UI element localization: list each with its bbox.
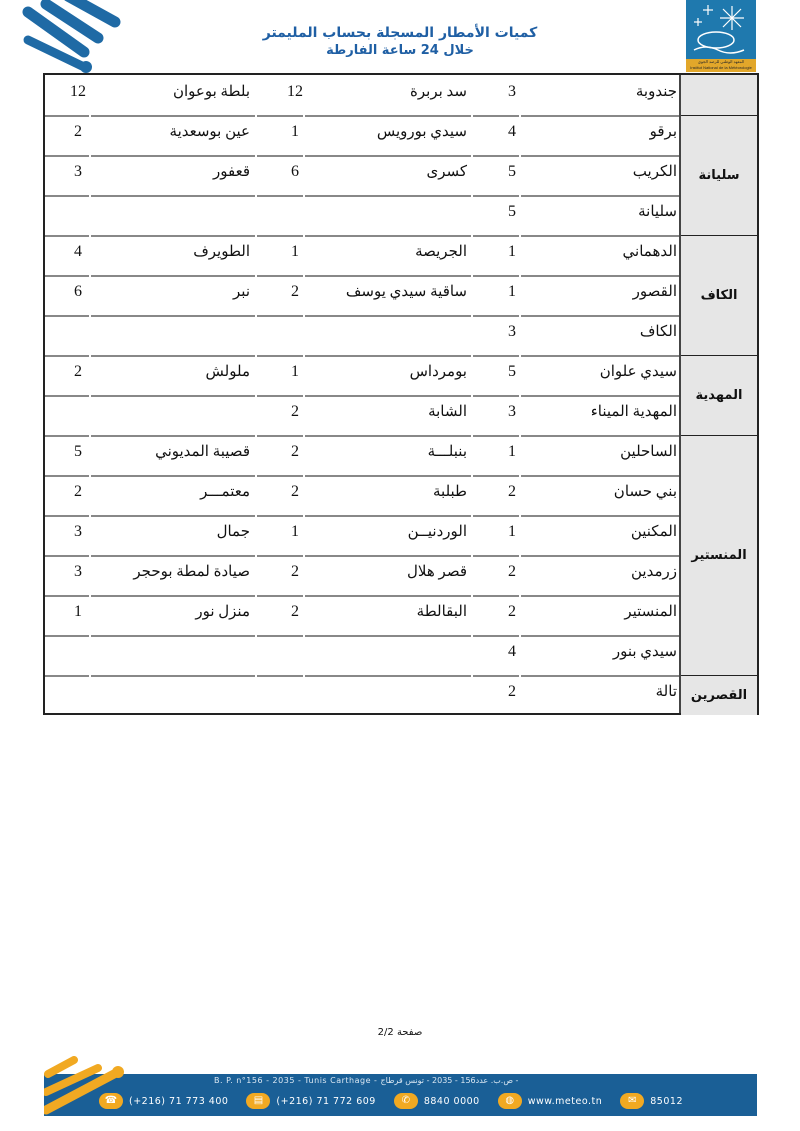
- rain-value: 5: [482, 361, 542, 383]
- region-cell: سليانة: [681, 115, 757, 235]
- station-name: بني حسان: [519, 481, 681, 503]
- contact-item: ✉85012: [620, 1093, 683, 1109]
- rain-value: 1: [265, 121, 325, 143]
- rain-value: [47, 681, 109, 703]
- station-name: برقو: [519, 121, 681, 143]
- station-name: [90, 681, 254, 703]
- contact-text: 85012: [650, 1096, 683, 1107]
- region-cell: الكاف: [681, 235, 757, 355]
- contact-item: ◍www.meteo.tn: [498, 1093, 603, 1109]
- rain-value: [265, 201, 325, 223]
- station-name: طبلبة: [307, 481, 471, 503]
- rain-value: [47, 641, 109, 663]
- table-row: الساحلين1بنبلـــة2قصيبة المديوني5: [45, 435, 757, 475]
- rain-value: 3: [47, 161, 109, 183]
- rain-value: 3: [47, 561, 109, 583]
- header-stripes-decoration: [20, 0, 140, 75]
- table-row: سليانة5: [45, 195, 757, 235]
- rain-value: 1: [265, 521, 325, 543]
- globe-icon: ◍: [498, 1093, 522, 1109]
- rain-value: 6: [47, 281, 109, 303]
- table-row: زرمدين2قصر هلال2صيادة لمطة بوحجر3: [45, 555, 757, 595]
- postal-address: B. P. n°156 - 2035 - Tunis Carthage - ص.…: [214, 1076, 734, 1085]
- station-name: نبر: [90, 281, 254, 303]
- contact-item: ☎(+216) 71 773 400: [99, 1093, 228, 1109]
- station-name: عين بوسعدية: [90, 121, 254, 143]
- table-row: بني حسان2طبلبة2معتمـــر2: [45, 475, 757, 515]
- title-line-2: خلال 24 ساعة الفارطة: [200, 42, 600, 59]
- rain-value: 3: [482, 321, 542, 343]
- station-name: زرمدين: [519, 561, 681, 583]
- phone-icon: ☎: [99, 1093, 123, 1109]
- table-row: الدهماني1الجريصة1الطويرف4: [45, 235, 757, 275]
- table-row: القصور1ساقية سيدي يوسف2نبر6: [45, 275, 757, 315]
- table-row: جندوبة3سد بربرة12بلطة بوعوان12: [45, 75, 757, 115]
- table-row: المنستير2البقالطة2منزل نور1: [45, 595, 757, 635]
- station-name: قعفور: [90, 161, 254, 183]
- station-name: صيادة لمطة بوحجر: [90, 561, 254, 583]
- rain-value: [47, 201, 109, 223]
- station-name: سد بربرة: [307, 81, 471, 103]
- rain-value: 3: [482, 401, 542, 423]
- table-row: المهدية الميناء3الشابة2: [45, 395, 757, 435]
- contact-item: ▤(+216) 71 772 609: [246, 1093, 375, 1109]
- logo-caption-band: المعهد الوطني للرصد الجوي Institut Natio…: [686, 59, 756, 72]
- rain-value: [47, 321, 109, 343]
- station-name: [90, 201, 254, 223]
- station-name: الساحلين: [519, 441, 681, 463]
- station-name: تالة: [519, 681, 681, 703]
- weather-emblem-icon: [686, 0, 756, 58]
- station-name: الشابة: [307, 401, 471, 423]
- station-name: الدهماني: [519, 241, 681, 263]
- station-name: [90, 641, 254, 663]
- station-name: [307, 321, 471, 343]
- station-name: الطويرف: [90, 241, 254, 263]
- rain-value: 2: [482, 681, 542, 703]
- contact-text: (+216) 71 772 609: [276, 1096, 375, 1107]
- rain-value: 6: [265, 161, 325, 183]
- station-name: بنبلـــة: [307, 441, 471, 463]
- region-cell: [681, 75, 757, 115]
- region-cell: المهدية: [681, 355, 757, 435]
- rain-value: 4: [482, 121, 542, 143]
- station-name: الكاف: [519, 321, 681, 343]
- rain-value: 2: [265, 281, 325, 303]
- logo-caption-french: Institut National de la Météorologie: [686, 65, 756, 71]
- station-name: كسرى: [307, 161, 471, 183]
- rain-value: 5: [482, 201, 542, 223]
- rain-value: 4: [47, 241, 109, 263]
- station-name: المهدية الميناء: [519, 401, 681, 423]
- sms-icon: ✉: [620, 1093, 644, 1109]
- rain-value: 1: [47, 601, 109, 623]
- station-name: ملولش: [90, 361, 254, 383]
- contact-list: ☎(+216) 71 773 400▤(+216) 71 772 609✆884…: [99, 1090, 701, 1112]
- station-name: [307, 201, 471, 223]
- rain-value: 3: [47, 521, 109, 543]
- table-row: المكنين1الوردنيــن1جمال3: [45, 515, 757, 555]
- rain-value: 1: [482, 441, 542, 463]
- station-name: [90, 401, 254, 423]
- station-name: جمال: [90, 521, 254, 543]
- region-cell: القصرين: [681, 675, 757, 715]
- page-title: كميات الأمطار المسجلة بحساب المليمتر خلا…: [200, 24, 600, 59]
- table-row: برقو4سيدي بورويس1عين بوسعدية2: [45, 115, 757, 155]
- rain-value: 1: [265, 241, 325, 263]
- rain-value: 1: [265, 361, 325, 383]
- page-number: صفحة 2/2: [300, 1027, 500, 1038]
- table-row: تالة2: [45, 675, 757, 715]
- rainfall-table: جندوبة3سد بربرة12بلطة بوعوان12برقو4سيدي …: [43, 73, 759, 715]
- rain-value: 2: [47, 361, 109, 383]
- fax-icon: ▤: [246, 1093, 270, 1109]
- rain-value: 2: [265, 561, 325, 583]
- station-name: المنستير: [519, 601, 681, 623]
- rain-value: [265, 641, 325, 663]
- rain-value: 2: [47, 481, 109, 503]
- station-name: سيدي بورويس: [307, 121, 471, 143]
- contact-item: ✆8840 0000: [394, 1093, 480, 1109]
- station-name: منزل نور: [90, 601, 254, 623]
- rain-value: 1: [482, 241, 542, 263]
- rain-value: 2: [47, 121, 109, 143]
- table-row: الكريب5كسرى6قعفور3: [45, 155, 757, 195]
- rain-value: 12: [47, 81, 109, 103]
- station-name: سليانة: [519, 201, 681, 223]
- station-name: قصر هلال: [307, 561, 471, 583]
- title-line-1: كميات الأمطار المسجلة بحساب المليمتر: [200, 24, 600, 42]
- rain-value: 2: [265, 601, 325, 623]
- station-name: البقالطة: [307, 601, 471, 623]
- station-name: بومرداس: [307, 361, 471, 383]
- rain-value: 3: [482, 81, 542, 103]
- rain-value: 1: [482, 521, 542, 543]
- station-name: [307, 641, 471, 663]
- station-name: معتمـــر: [90, 481, 254, 503]
- rain-value: 2: [482, 481, 542, 503]
- station-name: الكريب: [519, 161, 681, 183]
- table-row: سيدي بنور4: [45, 635, 757, 675]
- rain-value: [265, 321, 325, 343]
- station-name: الجريصة: [307, 241, 471, 263]
- rain-value: 2: [482, 561, 542, 583]
- table-row: سيدي علوان5بومرداس1ملولش2: [45, 355, 757, 395]
- station-name: الوردنيــن: [307, 521, 471, 543]
- rain-value: 5: [47, 441, 109, 463]
- station-name: [90, 321, 254, 343]
- station-name: قصيبة المديوني: [90, 441, 254, 463]
- rain-value: 1: [482, 281, 542, 303]
- region-cell: المنستير: [681, 435, 757, 675]
- footer-contact-bar: B. P. n°156 - 2035 - Tunis Carthage - ص.…: [44, 1056, 757, 1116]
- rain-value: 2: [265, 481, 325, 503]
- station-name: سيدي علوان: [519, 361, 681, 383]
- station-name: جندوبة: [519, 81, 681, 103]
- rain-value: 4: [482, 641, 542, 663]
- contact-text: (+216) 71 773 400: [129, 1096, 228, 1107]
- station-name: بلطة بوعوان: [90, 81, 254, 103]
- rain-value: [47, 401, 109, 423]
- station-name: ساقية سيدي يوسف: [307, 281, 471, 303]
- contact-text[interactable]: www.meteo.tn: [528, 1096, 603, 1107]
- contact-text: 8840 0000: [424, 1096, 480, 1107]
- hotline-icon: ✆: [394, 1093, 418, 1109]
- station-name: القصور: [519, 281, 681, 303]
- rain-value: 12: [265, 81, 325, 103]
- station-name: [307, 681, 471, 703]
- table-row: الكاف3: [45, 315, 757, 355]
- inm-logo: المعهد الوطني للرصد الجوي Institut Natio…: [686, 0, 756, 72]
- station-name: المكنين: [519, 521, 681, 543]
- station-name: سيدي بنور: [519, 641, 681, 663]
- rain-value: 2: [265, 441, 325, 463]
- rain-value: 5: [482, 161, 542, 183]
- rain-value: 2: [482, 601, 542, 623]
- rain-value: 2: [265, 401, 325, 423]
- rain-value: [265, 681, 325, 703]
